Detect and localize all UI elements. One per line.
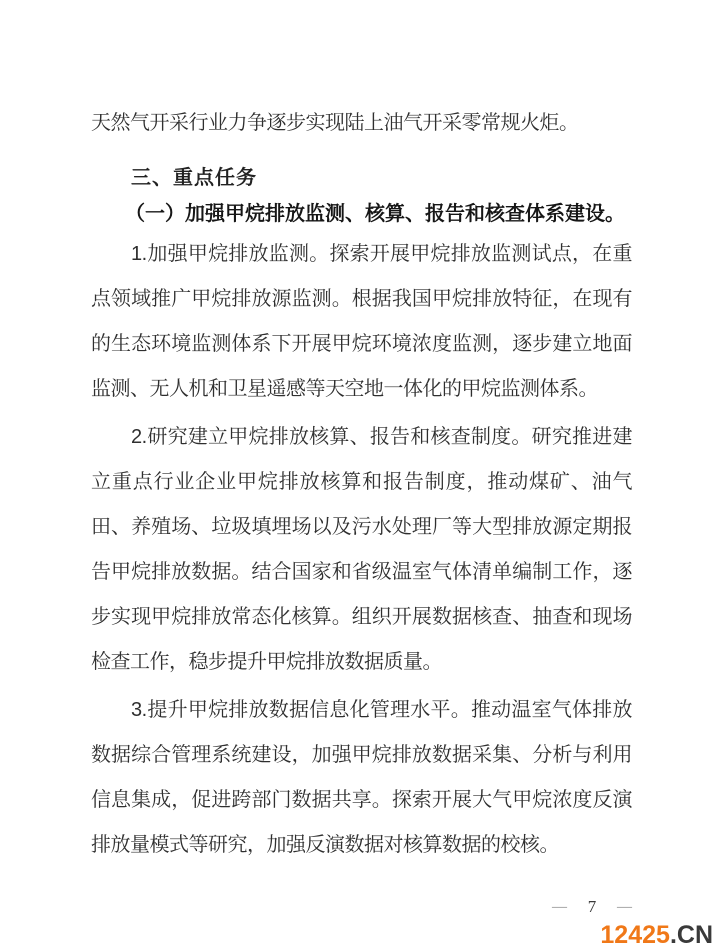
- page-number-dash-right: —: [617, 900, 632, 915]
- paragraph-1: 1.加强甲烷排放监测。探索开展甲烷排放监测试点，在重点领域推广甲烷排放源监测。根…: [91, 232, 632, 412]
- watermark-site-name: 12425: [600, 921, 670, 949]
- page-number: 7: [588, 897, 597, 917]
- document-body: 天然气开采行业力争逐步实现陆上油气开采零常规火炬。 三、重点任务 （一）加强甲烷…: [91, 101, 632, 868]
- paragraph-3: 3.提升甲烷排放数据信息化管理水平。推动温室气体排放数据综合管理系统建设，加强甲…: [91, 688, 632, 868]
- site-watermark: 12425.CN: [600, 923, 713, 948]
- paragraph-block: 1.加强甲烷排放监测。探索开展甲烷排放监测试点，在重点领域推广甲烷排放源监测。根…: [91, 232, 632, 868]
- section-heading: 三、重点任务: [91, 160, 632, 196]
- subsection-heading: （一）加强甲烷排放监测、核算、报告和核查体系建设。: [91, 196, 632, 232]
- paragraph-2: 2.研究建立甲烷排放核算、报告和核查制度。研究推进建立重点行业企业甲烷排放核算和…: [91, 415, 632, 685]
- watermark-tld: .CN: [670, 921, 713, 949]
- document-page: 天然气开采行业力争逐步实现陆上油气开采零常规火炬。 三、重点任务 （一）加强甲烷…: [0, 0, 720, 951]
- page-number-footer: — 7 —: [552, 897, 632, 917]
- page-number-dash-left: —: [552, 900, 567, 915]
- continuation-paragraph: 天然气开采行业力争逐步实现陆上油气开采零常规火炬。: [91, 101, 632, 146]
